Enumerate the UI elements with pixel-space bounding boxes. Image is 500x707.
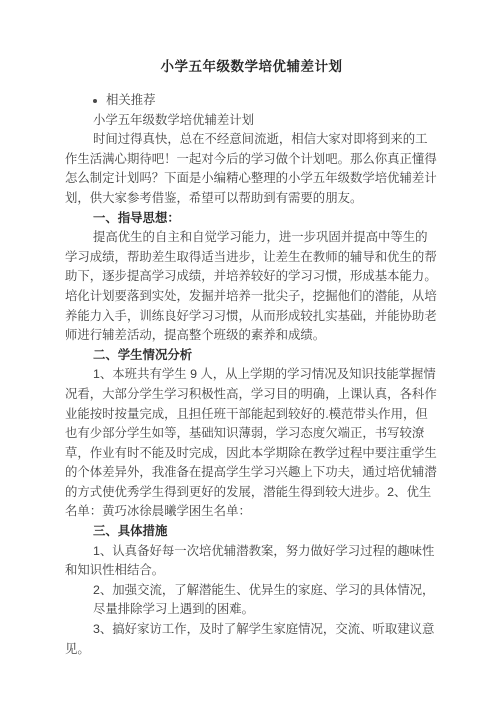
student-analysis-paragraph: 1、本班共有学生 9 人，从上学期的学习情况及知识技能掌握情况看，大部分学生学习… <box>65 365 438 522</box>
related-recommendation-label[interactable]: 相关推荐 <box>106 91 156 111</box>
bullet-dot-icon <box>93 99 97 103</box>
section-heading-student-analysis: 二、学生情况分析 <box>65 346 438 366</box>
intro-paragraph: 时间过得真快，总在不经意间流逝，相信大家对即将到来的工作生活满心期待吧！一起对今… <box>65 130 438 208</box>
article-title-line: 小学五年级数学培优辅差计划 <box>65 111 438 131</box>
page-title: 小学五年级数学培优辅差计划 <box>65 56 438 78</box>
document-page: 小学五年级数学培优辅差计划 相关推荐 小学五年级数学培优辅差计划 时间过得真快，… <box>0 0 500 707</box>
measure-item-2-continued: 尽量排除学习上遇到的困难。 <box>65 600 438 620</box>
measure-item-1: 1、认真备好每一次培优辅潜教案，努力做好学习过程的趣味性和知识性相结合。 <box>65 542 438 581</box>
document-content: 小学五年级数学培优辅差计划 相关推荐 小学五年级数学培优辅差计划 时间过得真快，… <box>0 0 500 707</box>
guiding-ideology-paragraph: 提高优生的自主和自觉学习能力，进一步巩固并提高中等生的学习成绩，帮助差生取得适当… <box>65 228 438 346</box>
measure-item-3: 3、搞好家访工作，及时了解学生家庭情况，交流、听取建议意见。 <box>65 620 438 659</box>
section-heading-guiding-ideology: 一、指导思想： <box>65 209 438 229</box>
measure-item-2: 2、加强交流，了解潜能生、优异生的家庭、学习的具体情况， <box>65 581 438 601</box>
section-heading-measures: 三、具体措施 <box>65 522 438 542</box>
related-recommendation-item[interactable]: 相关推荐 <box>65 91 438 111</box>
